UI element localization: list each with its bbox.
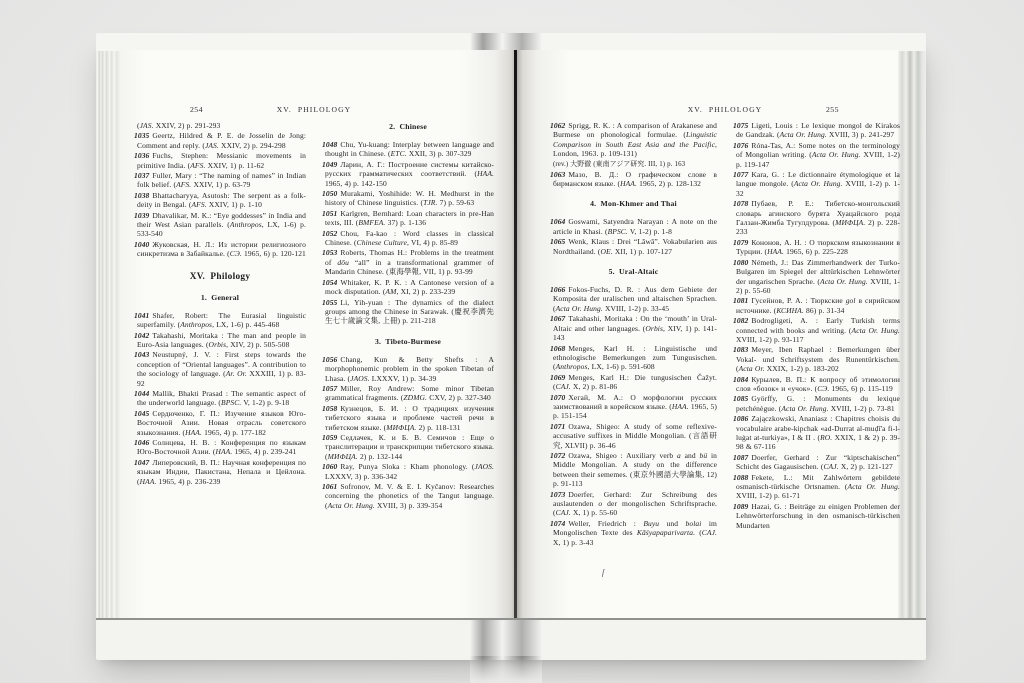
running-title-255: XV. PHILOLOGY [550, 105, 900, 114]
bib-entry-1070: 1070Хегай, М. А.: О морфологии русских з… [550, 393, 717, 421]
bib-entry-1064: 1064Goswami, Satyendra Narayan : A note … [550, 217, 717, 236]
bib-entry-1057: 1057Miller, Roy Andrew: Some minor Tibet… [322, 384, 494, 403]
bib-entry-continuation: (JAS. XXIV, 2) p. 291-293 [134, 121, 306, 130]
entry-number: 1081 [733, 296, 751, 305]
entry-number: 1060 [322, 462, 340, 471]
entry-number: 1083 [733, 345, 751, 354]
entry-number: 1086 [733, 414, 751, 423]
bib-entry-1068: 1068Menges, Karl H. : Linguistische und … [550, 344, 717, 372]
bib-entry-1052: 1052Chou, Fa-kao : Word classes in class… [322, 229, 494, 248]
bib-entry-1051: 1051Karlgren, Bernhard: Loan characters … [322, 209, 494, 228]
entry-number: 1059 [322, 433, 340, 442]
bib-entry-review-note: (rev.) 大野徹 (東南アジア研究. III, 1) p. 163 [550, 160, 717, 169]
entry-number: 1073 [550, 490, 568, 499]
bib-entry-1036: 1036Fuchs, Stephen: Messianic movements … [134, 151, 306, 170]
entry-number: 1066 [550, 285, 568, 294]
entry-number: 1062 [550, 121, 568, 130]
bib-entry-1045: 1045Сердюченко, Г. П.: Изучение языков Ю… [134, 409, 306, 437]
entry-number: 1047 [134, 458, 152, 467]
chapter-heading: XV. Philology [134, 272, 306, 282]
entry-number: 1040 [134, 240, 152, 249]
page-255-column-1: 1062Sprigg, R. K. : A comparison of Arak… [550, 121, 717, 548]
entry-number: 1072 [550, 451, 568, 460]
page-255-text-block: 1062Sprigg, R. K. : A comparison of Arak… [550, 121, 900, 548]
entry-number: 1074 [550, 519, 568, 528]
bib-entry-1044: 1044Mallik, Bhakti Prasad : The semantic… [134, 389, 306, 408]
entry-number: 1042 [134, 331, 152, 340]
bib-entry-1084: 1084Курылев, В. П.: К вопросу об этимоло… [733, 375, 900, 394]
bib-entry-1054: 1054Whitaker, K. P. K. : A Cantonese ver… [322, 278, 494, 297]
bib-entry-1067: 1067Takahashi, Moritaka : On the ‘mouth’… [550, 314, 717, 342]
section-heading: 1. General [134, 293, 306, 302]
bib-entry-1089: 1089Hazai, G. : Beiträge zu einigen Prob… [733, 502, 900, 530]
bib-entry-1074: 1074Weller, Friedrich : Buyu und bolai i… [550, 519, 717, 547]
bib-entry-1078: 1078Пубаев, Р. Е.: Тибетско-монгольский … [733, 199, 900, 237]
bib-entry-1056: 1056Chang, Kun & Betty Shefts : A morpho… [322, 355, 494, 383]
entry-number: 1053 [322, 248, 340, 257]
bib-entry-1048: 1048Chu, Yu-kuang: Interplay between lan… [322, 140, 494, 159]
entry-number: 1037 [134, 171, 152, 180]
bib-entry-1040: 1040Жуковская, Н. Л.: Из истории религио… [134, 240, 306, 259]
entry-number: 1078 [733, 199, 751, 208]
entry-number: 1046 [134, 438, 152, 447]
bib-entry-1046: 1046Солнцева, Н. В. : Конференция по язы… [134, 438, 306, 457]
bib-entry-1049: 1049Ларин, А. Г.: Построение системы кит… [322, 160, 494, 188]
entry-number: 1041 [134, 311, 152, 320]
entry-number: 1089 [733, 502, 751, 511]
entry-number: 1044 [134, 389, 152, 398]
bib-entry-1035: 1035Geertz, Hildred & P. E. de Josselin … [134, 131, 306, 150]
page-255-column-2: 1075Ligeti, Louis : Le lexique mongol de… [733, 121, 900, 531]
bib-entry-1062: 1062Sprigg, R. K. : A comparison of Arak… [550, 121, 717, 159]
section-heading: 4. Mon-Khmer and Thai [550, 199, 717, 208]
entry-number: 1084 [733, 375, 751, 384]
page-number-254: 254 [190, 105, 203, 114]
running-title-254: XV. PHILOLOGY [134, 105, 494, 114]
book-bottom-spine-shadow [470, 656, 542, 683]
entry-number: 1049 [322, 160, 340, 169]
entry-number: 1070 [550, 393, 568, 402]
bib-entry-1041: 1041Shafer, Robert: The Eurasial linguis… [134, 311, 306, 330]
bib-entry-1076: 1076Róna-Tas, A.: Some notes on the term… [733, 141, 900, 169]
section-heading: 3. Tibeto-Burmese [322, 337, 494, 346]
bib-entry-1053: 1053Roberts, Thomas H.: Problems in the … [322, 248, 494, 276]
bib-entry-1075: 1075Ligeti, Louis : Le lexique mongol de… [733, 121, 900, 140]
bib-entry-1050: 1050Murakami, Yoshihide: W. H. Medhurst … [322, 189, 494, 208]
running-head-254: 254 XV. PHILOLOGY [134, 105, 494, 117]
entry-number: 1064 [550, 217, 568, 226]
bib-entry-1087: 1087Doerfer, Gerhard : Zur “kiptschakisc… [733, 453, 900, 472]
bib-entry-1080: 1080Németh, J.: Das Zimmerhandwerk der T… [733, 258, 900, 296]
bib-entry-1069: 1069Menges, Karl H.: Die tungusischen Ča… [550, 373, 717, 392]
bib-entry-1079: 1079Кононов, А. Н. : О тюркском языкозна… [733, 238, 900, 257]
entry-number: 1079 [733, 238, 751, 247]
entry-number: 1082 [733, 316, 751, 325]
page-number-255: 255 [826, 105, 839, 114]
bib-entry-1061: 1061Sofronov, M. V. & E. I. Kyčanov: Res… [322, 482, 494, 510]
bib-entry-1060: 1060Ray, Punya Sloka : Kham phonology. (… [322, 462, 494, 481]
bib-entry-1065: 1065Wenk, Klaus : Drei “Lāwā”. Vokabular… [550, 237, 717, 256]
bib-entry-1071: 1071Ozawa, Shigeo: A study of some refle… [550, 422, 717, 450]
bib-entry-1077: 1077Kara, G. : Le dictionnaire étymologi… [733, 170, 900, 198]
entry-number: 1043 [134, 350, 152, 359]
running-head-255: 255 XV. PHILOLOGY [550, 105, 900, 117]
bib-entry-1039: 1039Dhavalikar, M. K.: “Eye goddesses” i… [134, 211, 306, 239]
entry-number: 1039 [134, 211, 152, 220]
entry-number: 1069 [550, 373, 568, 382]
entry-number: 1057 [322, 384, 340, 393]
entry-number: 1058 [322, 404, 340, 413]
entry-number: 1054 [322, 278, 340, 287]
entry-number: 1076 [733, 141, 751, 150]
entry-number: 1045 [134, 409, 152, 418]
book-gutter [514, 50, 517, 618]
book-left-page-stack [96, 51, 122, 618]
entry-number: 1063 [550, 170, 568, 179]
entry-number: 1052 [322, 229, 340, 238]
bib-entry-1081: 1081Гусейнов, Р. А. : Тюркские gol в сир… [733, 296, 900, 315]
bib-entry-1066: 1066Fokos-Fuchs, D. R. : Aus dem Gebiete… [550, 285, 717, 313]
entry-number: 1088 [733, 473, 751, 482]
entry-number: 1056 [322, 355, 340, 364]
entry-number: 1071 [550, 422, 568, 431]
entry-number: 1035 [134, 131, 152, 140]
entry-number: 1038 [134, 191, 152, 200]
entry-number: 1048 [322, 140, 340, 149]
bib-entry-1058: 1058Кузнецов, Б. И. : О традициях изучен… [322, 404, 494, 432]
bib-entry-1059: 1059Седлачек, К. и Б. В. Семичов : Еще о… [322, 433, 494, 461]
bib-entry-1042: 1042Takahashi, Moritaka : The man and pe… [134, 331, 306, 350]
bib-entry-1072: 1072Ozawa, Shigeo : Auxiliary verb a and… [550, 451, 717, 489]
entry-number: 1068 [550, 344, 568, 353]
bib-entry-1086: 1086Zajączkowski, Ananiasz : Chapitres c… [733, 414, 900, 452]
entry-number: 1077 [733, 170, 751, 179]
bib-entry-1083: 1083Meyer, Iben Raphael : Bemerkungen üb… [733, 345, 900, 373]
entry-number: 1036 [134, 151, 152, 160]
bib-entry-1088: 1088Fekete, L.: Mit Zahlwörtern gebildet… [733, 473, 900, 501]
page-254-text-block: (JAS. XXIV, 2) p. 291-2931035Geertz, Hil… [134, 121, 494, 511]
bib-entry-1082: 1082Bodrogligeti, A. : Early Turkish ter… [733, 316, 900, 344]
entry-number: 1085 [733, 394, 751, 403]
printers-mark: ſ [602, 568, 604, 577]
bib-entry-1038: 1038Bhattacharyya, Asutosh: The serpent … [134, 191, 306, 210]
page-254-column-2: 2. Chinese1048Chu, Yu-kuang: Interplay b… [322, 121, 494, 511]
entry-number: 1087 [733, 453, 751, 462]
entry-number: 1080 [733, 258, 751, 267]
bib-entry-1085: 1085Györffy, G. : Monuments du lexique p… [733, 394, 900, 413]
section-heading: 5. Ural-Altaic [550, 267, 717, 276]
entry-number: 1051 [322, 209, 340, 218]
entry-number: 1075 [733, 121, 751, 130]
bib-entry-1043: 1043Neustupný, J. V. : First steps towar… [134, 350, 306, 388]
book-bottom-page-edge [96, 618, 926, 660]
bib-entry-1063: 1063Мазо, В. Д.: О графическом слове в б… [550, 170, 717, 189]
page-254-column-1: (JAS. XXIV, 2) p. 291-2931035Geertz, Hil… [134, 121, 306, 487]
entry-number: 1067 [550, 314, 568, 323]
bib-entry-1037: 1037Fuller, Mary : “The naming of names”… [134, 171, 306, 190]
entry-number: 1050 [322, 189, 340, 198]
bib-entry-1055: 1055Li, Yih-yuan : The dynamics of the d… [322, 298, 494, 326]
photo-background: 254 XV. PHILOLOGY 255 XV. PHILOLOGY (JAS… [0, 0, 1024, 683]
bib-entry-1073: 1073Doerfer, Gerhard: Zur Schreibung des… [550, 490, 717, 518]
section-heading: 2. Chinese [322, 122, 494, 131]
entry-number: 1061 [322, 482, 340, 491]
bib-entry-1047: 1047Липеровский, В. П.: Научная конферен… [134, 458, 306, 486]
book-right-fore-edge [898, 51, 926, 618]
entry-number: 1065 [550, 237, 568, 246]
entry-number: 1055 [322, 298, 340, 307]
